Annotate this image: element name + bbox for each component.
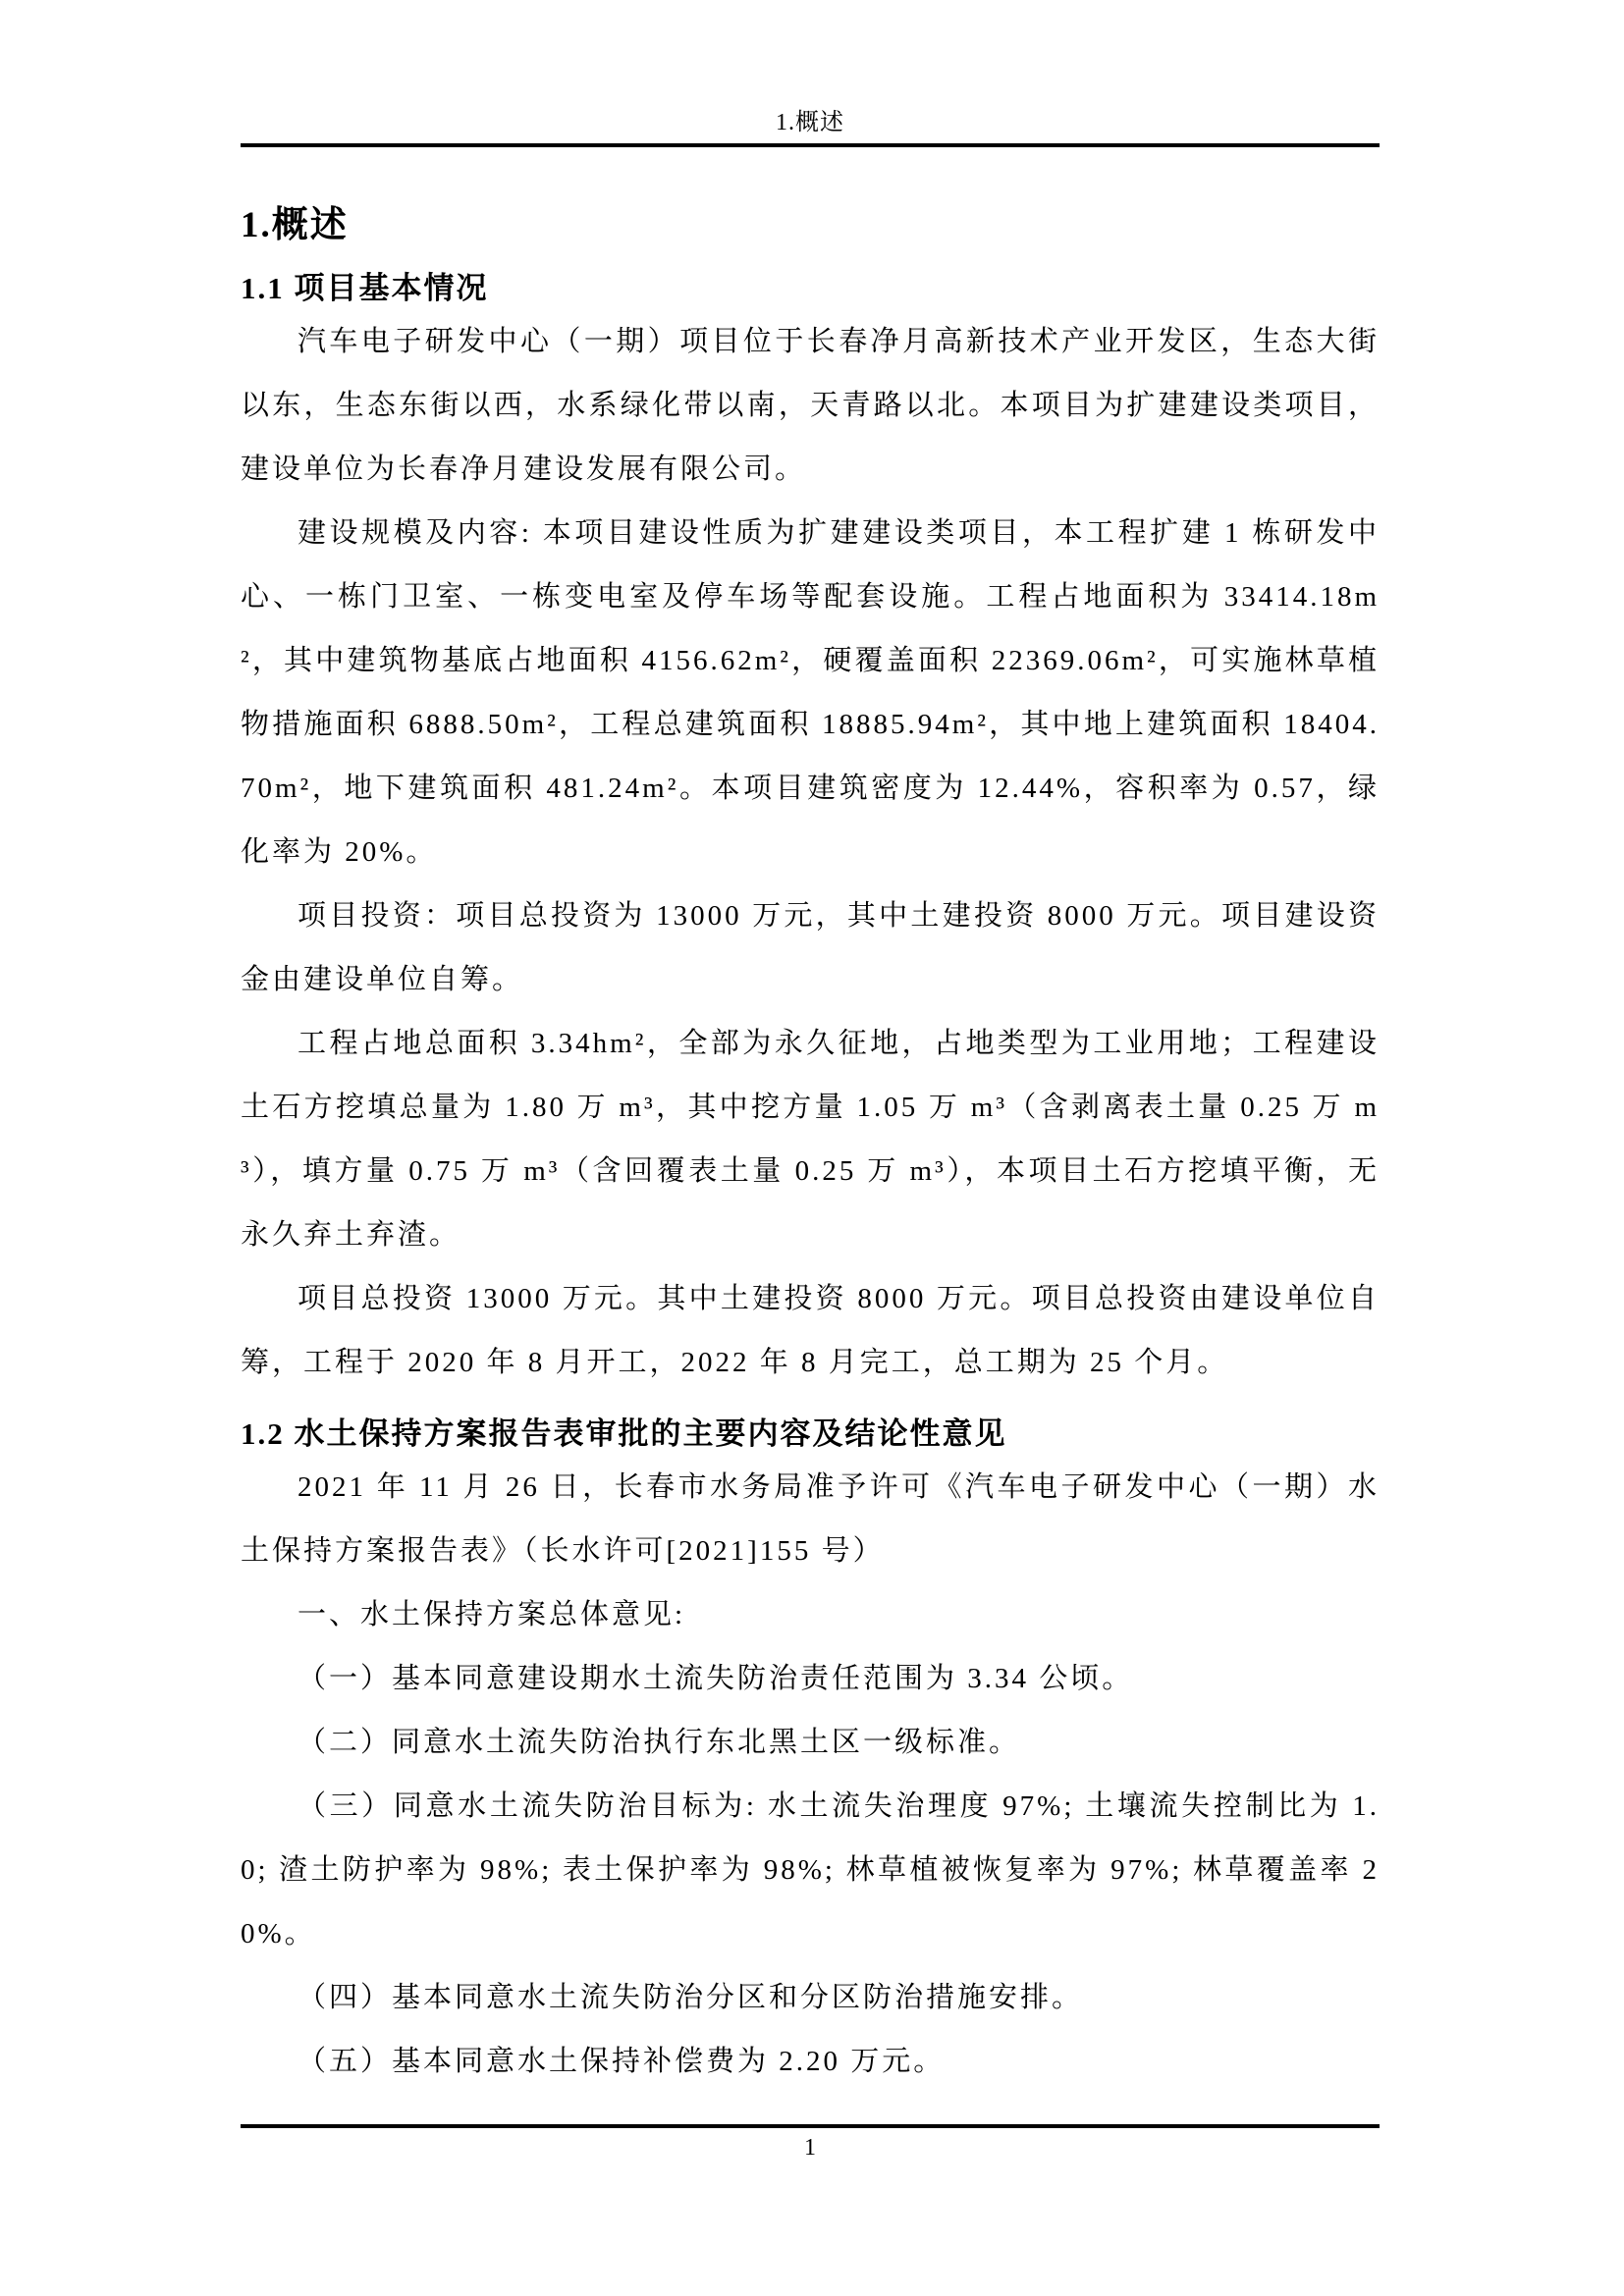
paragraph-opinion-2: （二）同意水土流失防治执行东北黑土区一级标准。 xyxy=(241,1711,1380,1775)
paragraph-overall-opinion-title: 一、水土保持方案总体意见: xyxy=(241,1583,1380,1647)
paragraph-opinion-4: （四）基本同意水土流失防治分区和分区防治措施安排。 xyxy=(241,1966,1380,2030)
document-page: 1.概述 1.概述 1.1 项目基本情况 汽车电子研发中心（一期）项目位于长春净… xyxy=(0,0,1624,2296)
paragraph-approval-notice: 2021 年 11 月 26 日，长春市水务局准予许可《汽车电子研发中心（一期）… xyxy=(241,1456,1380,1583)
document-body: 1.概述 1.1 项目基本情况 汽车电子研发中心（一期）项目位于长春净月高新技术… xyxy=(241,202,1380,2094)
page-footer: 1 xyxy=(241,2124,1380,2167)
paragraph-schedule: 项目总投资 13000 万元。其中土建投资 8000 万元。项目总投资由建设单位… xyxy=(241,1267,1380,1395)
heading-section-1-1: 1.1 项目基本情况 xyxy=(241,267,1380,310)
heading-overview: 1.概述 xyxy=(241,202,1380,249)
page-number: 1 xyxy=(804,2128,816,2167)
paragraph-project-investment: 项目投资：项目总投资为 13000 万元，其中土建投资 8000 万元。项目建设… xyxy=(241,884,1380,1012)
heading-section-1-2: 1.2 水土保持方案报告表审批的主要内容及结论性意见 xyxy=(241,1413,1380,1456)
paragraph-project-location: 汽车电子研发中心（一期）项目位于长春净月高新技术产业开发区，生态大街以东，生态东… xyxy=(241,310,1380,502)
page-header: 1.概述 xyxy=(241,0,1380,147)
paragraph-opinion-1: （一）基本同意建设期水土流失防治责任范围为 3.34 公顷。 xyxy=(241,1647,1380,1711)
paragraph-opinion-5: （五）基本同意水土保持补偿费为 2.20 万元。 xyxy=(241,2030,1380,2094)
paragraph-construction-scale: 建设规模及内容: 本项目建设性质为扩建建设类项目，本工程扩建 1 栋研发中心、一… xyxy=(241,502,1380,884)
running-header-title: 1.概述 xyxy=(776,110,844,135)
paragraph-opinion-3: （三）同意水土流失防治目标为: 水土流失治理度 97%; 土壤流失控制比为 1.… xyxy=(241,1775,1380,1966)
paragraph-land-earthwork: 工程占地总面积 3.34hm²，全部为永久征地，占地类型为工业用地；工程建设土石… xyxy=(241,1012,1380,1267)
